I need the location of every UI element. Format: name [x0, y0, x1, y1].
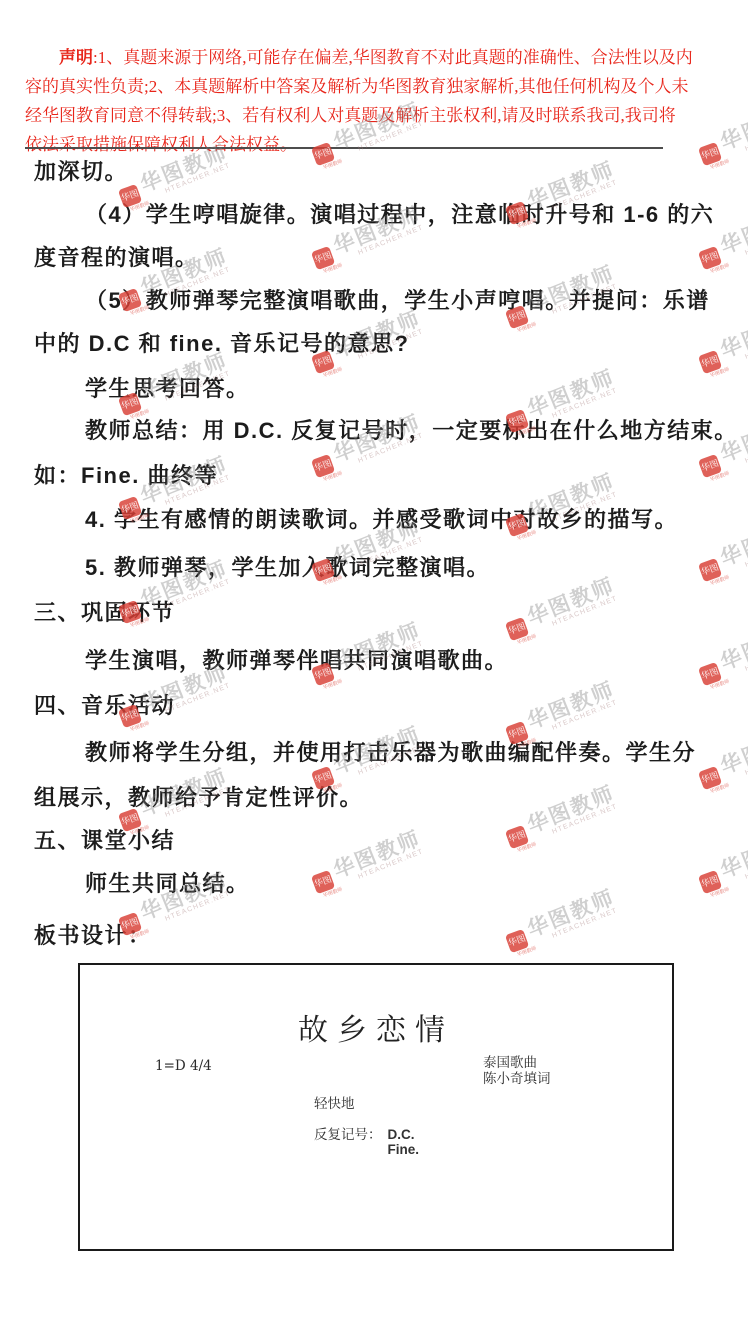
body-line: 教师总结：用 D.C. 反复记号时，一定要标出在什么地方结束。: [85, 419, 738, 443]
body-line: 5. 教师弹琴，学生加入歌词完整演唱。: [85, 556, 490, 580]
repeat-signs-label: 反复记号：: [314, 1127, 382, 1143]
repeat-mark-fine: Fine.: [388, 1142, 420, 1157]
document-page: 声明:1、真题来源于网络,可能存在偏差,华图教育不对此真题的准确性、合法性以及内…: [0, 0, 748, 1335]
body-line: 度音程的演唱。: [34, 246, 199, 270]
key-signature: 1=D 4/4: [155, 1058, 212, 1074]
body-line: 组展示，教师给予肯定性评价。: [34, 786, 363, 810]
body-line: 学生思考回答。: [85, 377, 250, 401]
section-heading: 四、音乐活动: [34, 694, 175, 718]
blackboard-design-box: 故乡恋情 1=D 4/4 泰国歌曲 陈小奇填词 轻快地 反复记号： D.C. F…: [78, 963, 674, 1251]
body-line: 中的 D.C 和 fine. 音乐记号的意思?: [34, 332, 410, 356]
repeat-signs-values: D.C. Fine.: [388, 1127, 420, 1157]
section-heading: 五、课堂小结: [34, 829, 175, 853]
repeat-mark-dc: D.C.: [388, 1127, 420, 1142]
body-line: 教师将学生分组，并使用打击乐器为歌曲编配伴奏。学生分: [85, 741, 696, 765]
body-line: 加深切。: [34, 160, 128, 184]
body-line: 学生演唱，教师弹琴伴唱共同演唱歌曲。: [85, 649, 508, 673]
song-origin: 泰国歌曲: [483, 1055, 551, 1071]
body-line: 如：Fine. 曲终等: [34, 464, 218, 488]
section-heading: 板书设计：: [34, 924, 152, 948]
tempo-marking: 轻快地: [314, 1092, 355, 1112]
song-credits: 泰国歌曲 陈小奇填词: [483, 1055, 551, 1087]
repeat-signs-row: 反复记号： D.C. Fine.: [314, 1127, 419, 1157]
body-line: 师生共同总结。: [85, 872, 250, 896]
section-heading: 三、巩固环节: [34, 601, 175, 625]
song-title: 故乡恋情: [80, 1005, 672, 1049]
lesson-body-text: 加深切。（4）学生哼唱旋律。演唱过程中，注意临时升号和 1-6 的六度音程的演唱…: [0, 0, 748, 960]
body-line: 4. 学生有感情的朗读歌词。并感受歌词中对故乡的描写。: [85, 508, 678, 532]
body-line: （4）学生哼唱旋律。演唱过程中，注意临时升号和 1-6 的六: [85, 203, 714, 227]
body-line: （5）教师弹琴完整演唱歌曲，学生小声哼唱。并提问：乐谱: [85, 289, 710, 313]
song-lyricist: 陈小奇填词: [483, 1071, 551, 1087]
